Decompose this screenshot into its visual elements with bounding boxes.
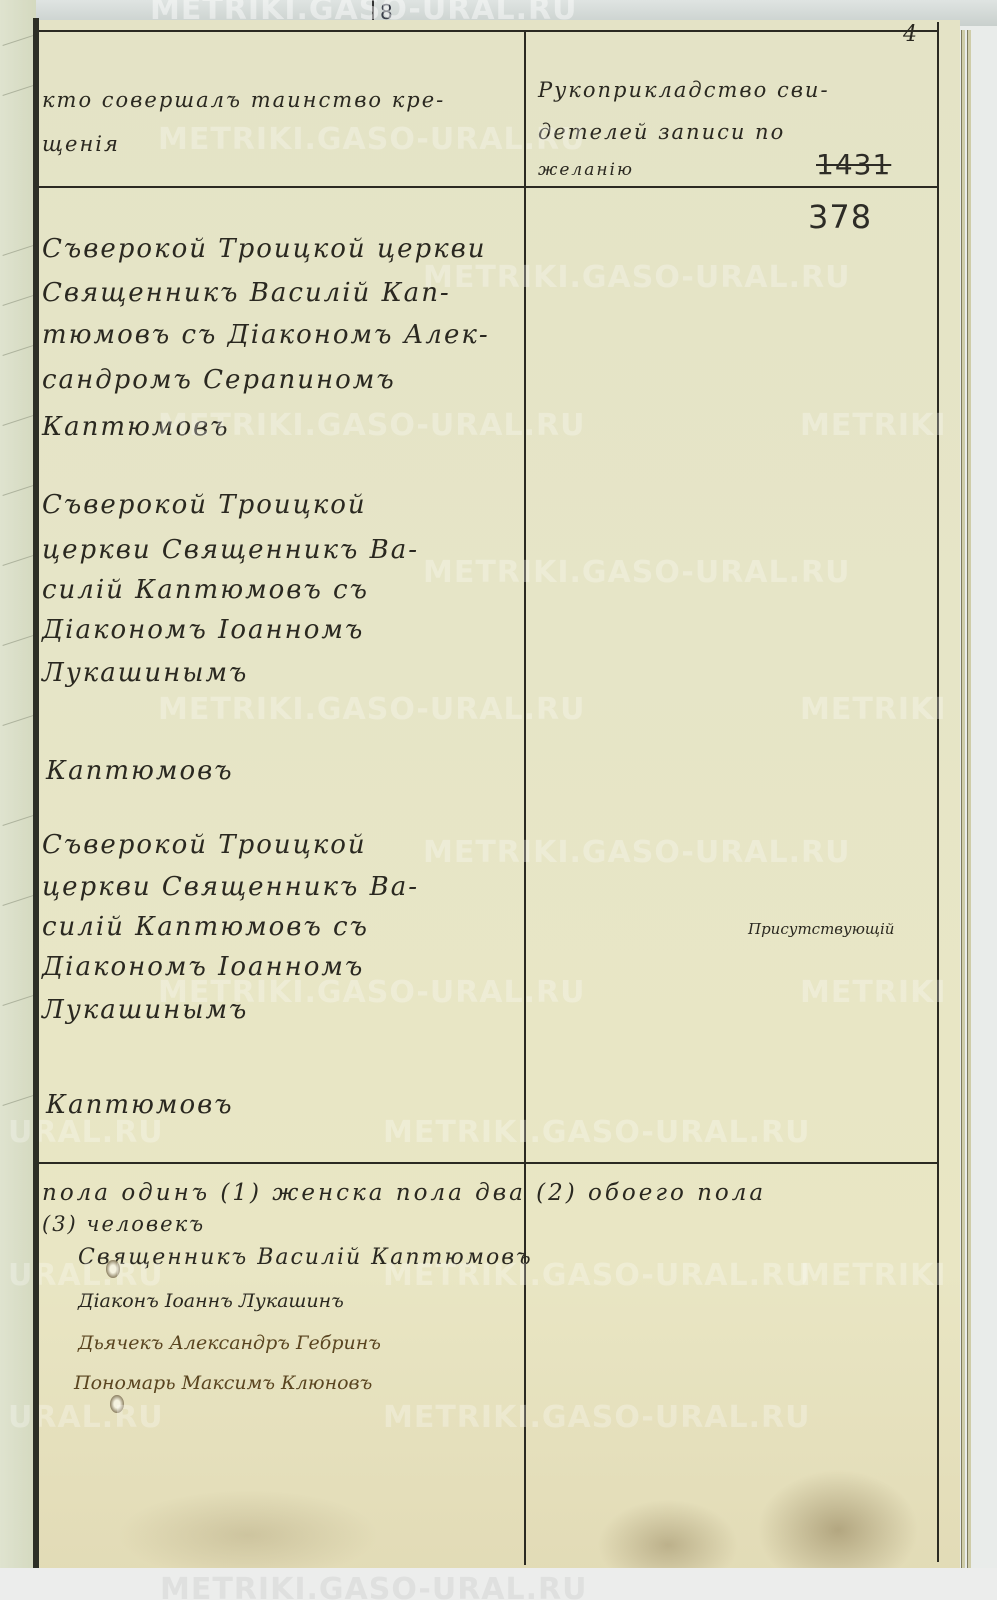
- water-stain: [118, 1490, 378, 1580]
- entry-1-line-4: сандромъ Серапиномъ: [42, 365, 396, 395]
- book-spine: [33, 18, 39, 1588]
- watermark: METRIKI.GASO-URAL.RU: [158, 692, 586, 727]
- entry-3-line-2: церкви Священникъ Ва-: [42, 872, 419, 902]
- header-right-line-3: желанію: [538, 160, 634, 180]
- page-edge: [961, 30, 965, 1580]
- entry-1-line-3: тюмовъ съ Діакономъ Алек-: [42, 320, 490, 350]
- struck-number: 1431: [816, 148, 891, 181]
- right-border: [937, 22, 939, 1562]
- watermark-partial: URAL.RU: [8, 1258, 164, 1293]
- entry-3-line-1: Съверокой Троицкой: [42, 830, 367, 860]
- entry-1-line-1: Съверокой Троицкой церкви: [42, 234, 487, 264]
- entry-2-line-2: церкви Священникъ Ва-: [42, 535, 419, 565]
- watermark: METRIKI.GASO-URAL.RU: [150, 0, 578, 27]
- watermark: METRIKI.GASO-URAL.RU: [158, 408, 586, 443]
- footer-summary-line-1: пола одинъ (1) женска пола два (2) обоег…: [42, 1180, 766, 1206]
- watermark: METRIKI.GASO-URAL.RU: [423, 260, 851, 295]
- entry-2-line-3: силій Каптюмовъ съ: [42, 575, 369, 605]
- footer-summary-line-2: (3) человекъ: [42, 1212, 205, 1236]
- watermark: METRIKI.GASO-URAL.RU: [158, 975, 586, 1010]
- watermark-partial: METRIKI: [800, 975, 946, 1010]
- watermark-partial: METRIKI: [800, 1258, 946, 1293]
- footer-signature-deacon: Діаконъ Іоаннъ Лукашинъ: [78, 1290, 344, 1312]
- watermark-partial: METRIKI: [800, 692, 946, 727]
- entry-2-line-4: Діакономъ Іоанномъ: [42, 615, 364, 645]
- watermark-partial: METRIKI: [800, 408, 946, 443]
- watermark: METRIKI.GASO-URAL.RU: [423, 835, 851, 870]
- page-edge: [967, 30, 971, 1580]
- entry-3-line-3: силій Каптюмовъ съ: [42, 912, 369, 942]
- attendee-signature: Присутствующій: [748, 920, 894, 938]
- watermark-partial: URAL.RU: [8, 1400, 164, 1435]
- watermark-partial: URAL.RU: [8, 1115, 164, 1150]
- previous-page-edge: [0, 0, 36, 1600]
- record-number: 378: [808, 198, 872, 236]
- watermark: METRIKI.GASO-URAL.RU: [423, 555, 851, 590]
- entry-2-line-1: Съверокой Троицкой: [42, 490, 367, 520]
- entry-2-line-5: Лукашинымъ: [42, 658, 248, 688]
- header-right-line-1: Рукоприкладство сви-: [538, 78, 830, 102]
- watermark: METRIKI.GASO-URAL.RU: [383, 1115, 811, 1150]
- footer-signature-clerk: Дьячекъ Александръ Гебринъ: [78, 1332, 381, 1354]
- watermark: METRIKI.GASO-URAL.RU: [383, 1258, 811, 1293]
- row-divider-footer: [38, 1162, 938, 1164]
- watermark: METRIKI.GASO-URAL.RU: [158, 122, 586, 157]
- watermark: METRIKI.GASO-URAL.RU: [160, 1572, 588, 1600]
- top-border: [38, 30, 938, 32]
- header-left-line-2: щенія: [42, 132, 120, 156]
- entry-2-signature: Каптюмовъ: [46, 756, 234, 786]
- register-page: 4 кто совершалъ таинство кре- щенія Руко…: [38, 20, 960, 1578]
- row-divider-header: [38, 186, 938, 188]
- footer-signature-sexton: Пономарь Максимъ Клюновъ: [74, 1372, 372, 1394]
- watermark: METRIKI.GASO-URAL.RU: [383, 1400, 811, 1435]
- entry-1-line-2: Священникъ Василій Кап-: [42, 278, 451, 308]
- page-number-corner: 4: [903, 22, 919, 47]
- header-left-line-1: кто совершалъ таинство кре-: [42, 88, 445, 112]
